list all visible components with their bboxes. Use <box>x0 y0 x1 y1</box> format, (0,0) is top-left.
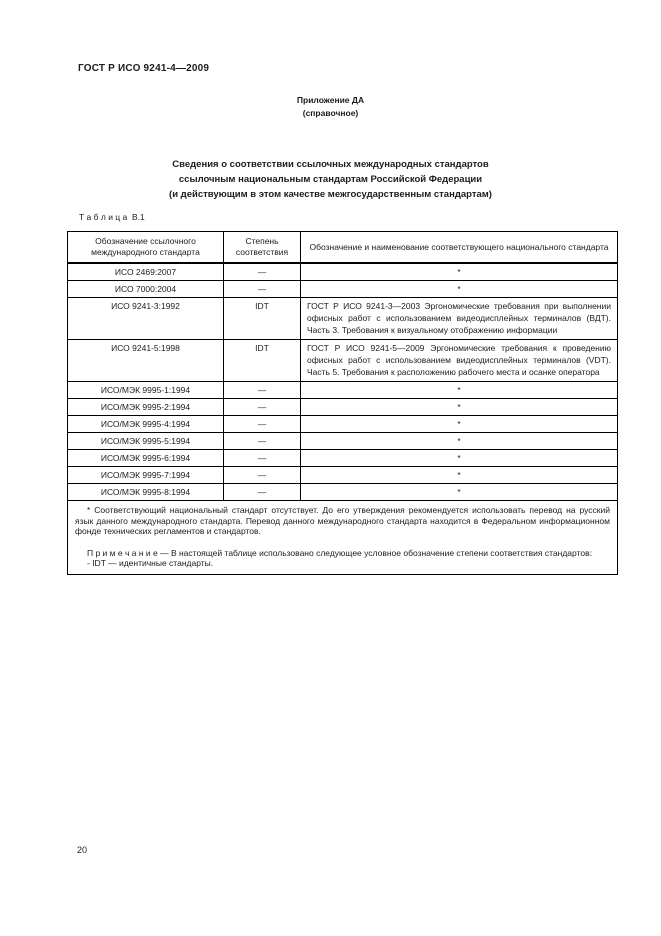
cell-degree: — <box>224 263 301 281</box>
cell-standard: ИСО/МЭК 9995-8:1994 <box>68 484 224 501</box>
col-header-degree: Степень соответствия <box>224 232 301 264</box>
table-footer: * Соответствующий национальный стандарт … <box>68 501 618 575</box>
col-header-standard: Обозначение ссылочного международного ст… <box>68 232 224 264</box>
cell-standard: ИСО/МЭК 9995-4:1994 <box>68 416 224 433</box>
cell-degree: — <box>224 484 301 501</box>
annex-heading: Приложение ДА (справочное) <box>0 94 661 120</box>
cell-national: * <box>301 416 618 433</box>
cell-standard: ИСО 9241-3:1992 <box>68 298 224 340</box>
cell-national: * <box>301 281 618 298</box>
cell-national: ГОСТ Р ИСО 9241-3—2003 Эргономические тр… <box>301 298 618 340</box>
main-title-line-2: ссылочным национальным стандартам Россий… <box>0 172 661 187</box>
cell-national: * <box>301 382 618 399</box>
document-page: ГОСТ Р ИСО 9241-4—2009 Приложение ДА (сп… <box>0 0 661 936</box>
table-header-row: Обозначение ссылочного международного ст… <box>68 232 618 264</box>
doc-number: ГОСТ Р ИСО 9241-4—2009 <box>78 63 209 74</box>
table-row: ИСО/МЭК 9995-6:1994—* <box>68 450 618 467</box>
table-row: ИСО 9241-5:1998IDTГОСТ Р ИСО 9241-5—2009… <box>68 340 618 382</box>
table-row: ИСО/МЭК 9995-1:1994—* <box>68 382 618 399</box>
cell-degree: — <box>224 281 301 298</box>
cell-national: ГОСТ Р ИСО 9241-5—2009 Эргономические тр… <box>301 340 618 382</box>
main-title: Сведения о соответствии ссылочных междун… <box>0 157 661 202</box>
table-row: ИСО/МЭК 9995-8:1994—* <box>68 484 618 501</box>
cell-standard: ИСО/МЭК 9995-2:1994 <box>68 399 224 416</box>
cell-national: * <box>301 467 618 484</box>
cell-standard: ИСО 2469:2007 <box>68 263 224 281</box>
annex-title: Приложение ДА <box>0 94 661 107</box>
cell-standard: ИСО/МЭК 9995-6:1994 <box>68 450 224 467</box>
page-number: 20 <box>77 845 87 855</box>
table-footnote-cell: * Соответствующий национальный стандарт … <box>68 501 618 575</box>
table-row: ИСО 2469:2007—* <box>68 263 618 281</box>
cell-standard: ИСО/МЭК 9995-5:1994 <box>68 433 224 450</box>
cell-degree: IDT <box>224 298 301 340</box>
table-caption: Т а б л и ц а В.1 <box>79 212 145 222</box>
cell-standard: ИСО 9241-5:1998 <box>68 340 224 382</box>
table-row: ИСО 9241-3:1992IDTГОСТ Р ИСО 9241-3—2003… <box>68 298 618 340</box>
table-row: ИСО/МЭК 9995-4:1994—* <box>68 416 618 433</box>
table-row: ИСО/МЭК 9995-7:1994—* <box>68 467 618 484</box>
cell-degree: IDT <box>224 340 301 382</box>
table-row: ИСО 7000:2004—* <box>68 281 618 298</box>
col-header-national: Обозначение и наименование соответствующ… <box>301 232 618 264</box>
note-item-text: - IDT — идентичные стандарты. <box>75 558 610 569</box>
table-body: ИСО 2469:2007—*ИСО 7000:2004—*ИСО 9241-3… <box>68 263 618 501</box>
cell-national: * <box>301 433 618 450</box>
table-footnote-row: * Соответствующий национальный стандарт … <box>68 501 618 575</box>
cell-standard: ИСО/МЭК 9995-1:1994 <box>68 382 224 399</box>
correspondence-table: Обозначение ссылочного международного ст… <box>67 231 618 575</box>
table-header: Обозначение ссылочного международного ст… <box>68 232 618 264</box>
main-title-line-1: Сведения о соответствии ссылочных междун… <box>0 157 661 172</box>
cell-degree: — <box>224 382 301 399</box>
cell-standard: ИСО/МЭК 9995-7:1994 <box>68 467 224 484</box>
cell-national: * <box>301 450 618 467</box>
table-row: ИСО/МЭК 9995-2:1994—* <box>68 399 618 416</box>
annex-subtitle: (справочное) <box>0 107 661 120</box>
cell-degree: — <box>224 433 301 450</box>
main-title-line-3: (и действующим в этом качестве межгосуда… <box>0 187 661 202</box>
cell-national: * <box>301 263 618 281</box>
table-row: ИСО/МЭК 9995-5:1994—* <box>68 433 618 450</box>
cell-national: * <box>301 484 618 501</box>
cell-degree: — <box>224 467 301 484</box>
cell-degree: — <box>224 450 301 467</box>
note-text: П р и м е ч а н и е — В настоящей таблиц… <box>75 548 610 559</box>
cell-degree: — <box>224 399 301 416</box>
cell-national: * <box>301 399 618 416</box>
footnote-text: * Соответствующий национальный стандарт … <box>75 505 610 537</box>
cell-standard: ИСО 7000:2004 <box>68 281 224 298</box>
cell-degree: — <box>224 416 301 433</box>
